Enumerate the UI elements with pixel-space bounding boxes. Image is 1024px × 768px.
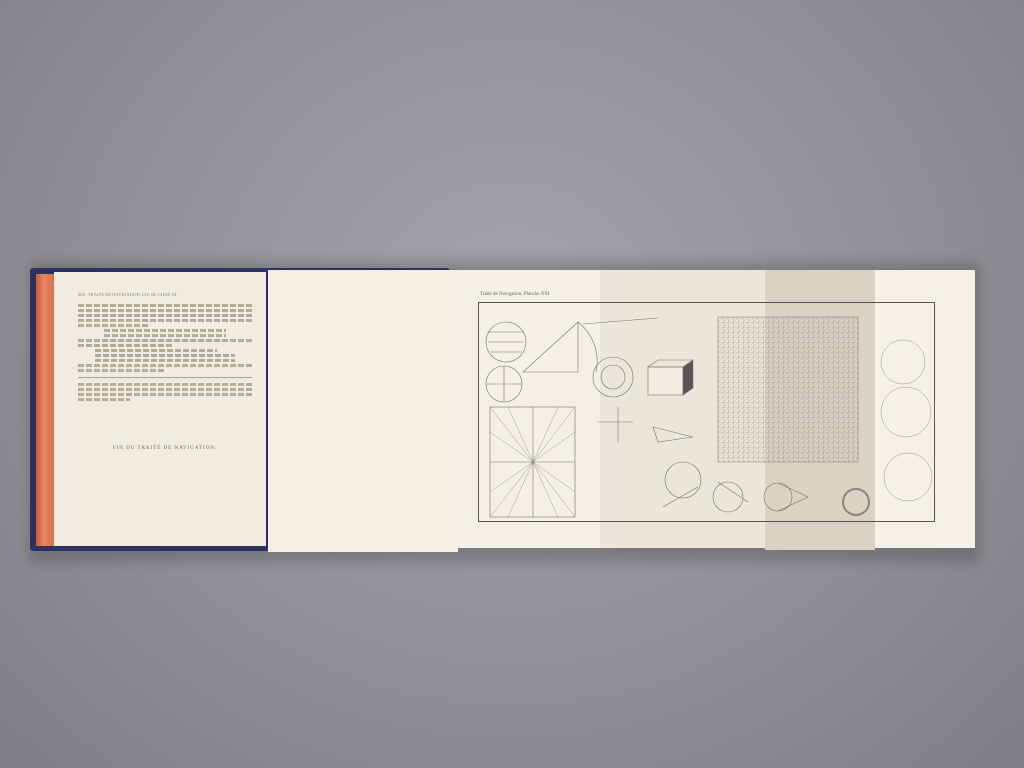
header-text: TRAITÉ DE NAVIGATION. LIV. III. CHAP. XI… bbox=[88, 292, 177, 297]
body-text bbox=[78, 302, 252, 403]
plate-title: Traité de Navigation. Planche XIII bbox=[480, 292, 549, 297]
left-text-page: 468 TRAITÉ DE NAVIGATION. LIV. III. CHAP… bbox=[54, 272, 266, 546]
grid-diagram bbox=[718, 317, 858, 462]
page-number: 468 bbox=[78, 292, 85, 297]
blank-page bbox=[268, 270, 458, 552]
running-header: 468 TRAITÉ DE NAVIGATION. LIV. III. CHAP… bbox=[78, 292, 252, 298]
end-footer: FIN DU TRAITÉ DE NAVIGATION. bbox=[78, 446, 252, 452]
red-fore-edge bbox=[36, 274, 56, 546]
engraved-diagrams bbox=[478, 302, 936, 524]
